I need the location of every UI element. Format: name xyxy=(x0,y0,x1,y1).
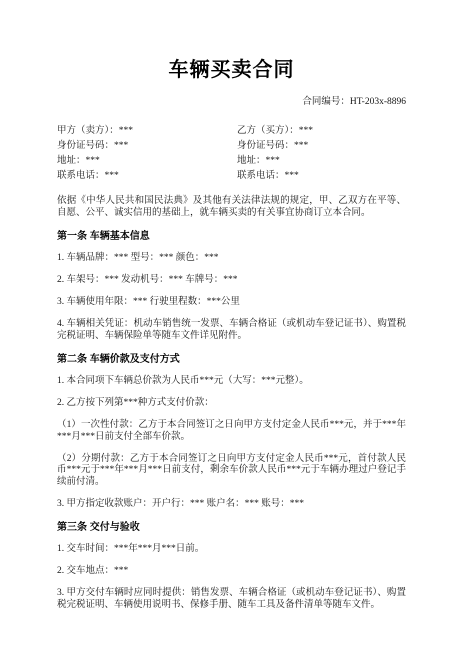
party-b-phone: 联系电话：*** xyxy=(237,169,406,184)
section-price-payment: 第二条 车辆价款及支付方式 1. 本合同项下车辆总价款为人民币***元（大写：*… xyxy=(57,354,406,510)
party-b-name: 乙方（买方）：*** xyxy=(237,124,406,139)
section-2-heading: 第二条 车辆价款及支付方式 xyxy=(57,354,406,366)
party-b-address: 地址：*** xyxy=(237,154,406,169)
section-2-item-4: （2）分期付款：乙方于本合同签订之日向甲方支付定金人民币***元，首付款人民币*… xyxy=(57,454,406,489)
section-3-item-3: 3. 甲方交付车辆时应同时提供：销售发票、车辆合格证（或机动车登记证书）、购置税… xyxy=(57,588,406,611)
section-1-item-3: 3. 车辆使用年限：*** 行驶里程数：***公里 xyxy=(57,297,406,309)
section-1-item-4: 4. 车辆相关凭证：机动车销售统一发票、车辆合格证（或机动车登记证书）、购置税完… xyxy=(57,319,406,342)
section-delivery-acceptance: 第三条 交付与验收 1. 交车时间：***年***月***日前。 2. 交车地点… xyxy=(57,522,406,611)
section-3-item-2: 2. 交车地点：*** xyxy=(57,566,406,578)
party-a-phone: 联系电话：*** xyxy=(57,169,237,184)
section-2-item-2: 2. 乙方按下列第***种方式支付价款： xyxy=(57,398,406,410)
document-title: 车辆买卖合同 xyxy=(57,58,406,82)
section-1-item-2: 2. 车架号：*** 发动机号：*** 车牌号：*** xyxy=(57,275,406,287)
party-a-address: 地址：*** xyxy=(57,154,237,169)
section-3-heading: 第三条 交付与验收 xyxy=(57,522,406,534)
section-2-item-1: 1. 本合同项下车辆总价款为人民币***元（大写：***元整）。 xyxy=(57,376,406,388)
party-a-name: 甲方（卖方）：*** xyxy=(57,124,237,139)
parties-block: 甲方（卖方）：*** 身份证号码：*** 地址：*** 联系电话：*** 乙方（… xyxy=(57,124,406,184)
section-2-item-3: （1）一次性付款：乙方于本合同签订之日向甲方支付定金人民币***元，并于***年… xyxy=(57,420,406,443)
party-a-column: 甲方（卖方）：*** 身份证号码：*** 地址：*** 联系电话：*** xyxy=(57,124,237,184)
section-2-item-5: 3. 甲方指定收款账户：开户行：*** 账户名：*** 账号：*** xyxy=(57,499,406,511)
contract-document-page: 车辆买卖合同 合同编号：HT-203x-8896 甲方（卖方）：*** 身份证号… xyxy=(0,0,463,655)
party-a-id: 身份证号码：*** xyxy=(57,139,237,154)
party-b-id: 身份证号码：*** xyxy=(237,139,406,154)
section-3-item-1: 1. 交车时间：***年***月***日前。 xyxy=(57,544,406,556)
party-b-column: 乙方（买方）：*** 身份证号码：*** 地址：*** 联系电话：*** xyxy=(237,124,406,184)
section-1-heading: 第一条 车辆基本信息 xyxy=(57,231,406,243)
section-vehicle-info: 第一条 车辆基本信息 1. 车辆品牌：*** 型号：*** 颜色：*** 2. … xyxy=(57,231,406,342)
contract-number: 合同编号：HT-203x-8896 xyxy=(57,96,406,108)
section-1-item-1: 1. 车辆品牌：*** 型号：*** 颜色：*** xyxy=(57,253,406,265)
preamble-paragraph: 依据《中华人民共和国民法典》及其他有关法律法规的规定，甲、乙双方在平等、自愿、公… xyxy=(57,196,406,219)
